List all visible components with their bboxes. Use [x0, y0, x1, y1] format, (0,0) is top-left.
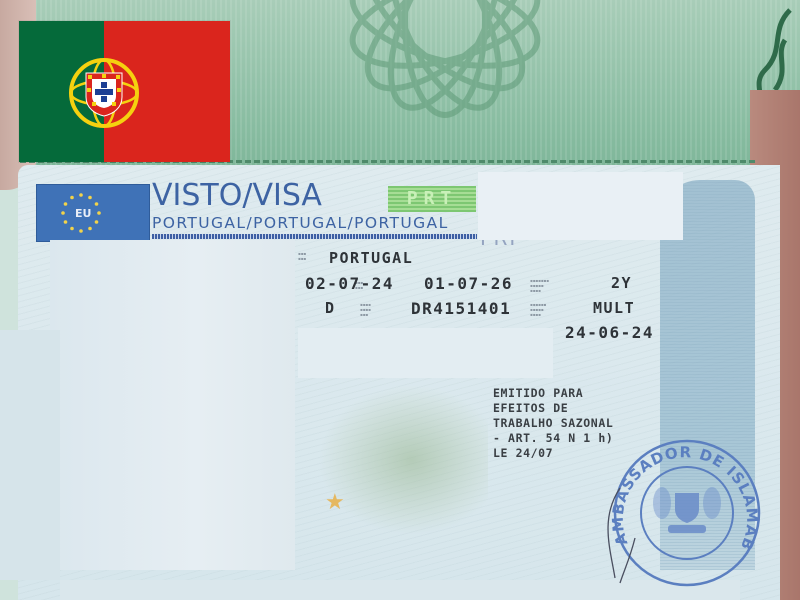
valid-for-field: PORTUGAL [329, 249, 413, 267]
eu-label: EU [75, 207, 91, 220]
visa-title: VISTO/VISA [152, 178, 322, 213]
issue-date-field: 24-06-24 [565, 323, 654, 342]
svg-text:AMBASSADOR DE ISLAMABAD: AMBASSADOR DE ISLAMABAD [590, 428, 761, 553]
redacted-name-area [298, 328, 553, 378]
entries-field: MULT [593, 299, 635, 317]
field-label: ▪▪▪▪▪▪▪▪▪▪▪▪▪▪▪ [530, 302, 570, 317]
armillary-sphere-icon [68, 57, 140, 129]
guilloche-pattern [230, 0, 660, 140]
redacted-area [478, 172, 683, 240]
microprint-line [152, 234, 477, 239]
visa-type-field: D [325, 299, 336, 317]
star-icon: ★ [325, 490, 345, 515]
portugal-flag [19, 21, 230, 162]
stamp-text: AMBASSADOR DE ISLAMABAD [590, 428, 761, 553]
valid-until-field: 01-07-26 [424, 274, 513, 293]
visa-country-line: PORTUGAL/PORTUGAL/PORTUGAL [152, 214, 449, 232]
valid-from-field: 02-07-24 [305, 274, 394, 293]
redacted-photo-area [50, 240, 295, 570]
redacted-area [0, 330, 60, 580]
embassy-stamp: AMBASSADOR DE ISLAMABAD [590, 428, 765, 588]
field-label: ▪▪▪▪▪▪▪▪▪▪▪▪▪▪▪▪ [530, 278, 570, 293]
field-label: ▪▪▪▪▪▪▪▪▪▪▪ [360, 302, 400, 317]
duration-field: 2Y [611, 274, 632, 292]
coat-of-arms-icon [653, 487, 721, 533]
eu-badge: EU [36, 184, 150, 242]
country-code-badge: PRT [388, 186, 476, 212]
visa-number-field: DR4151401 [411, 299, 511, 318]
